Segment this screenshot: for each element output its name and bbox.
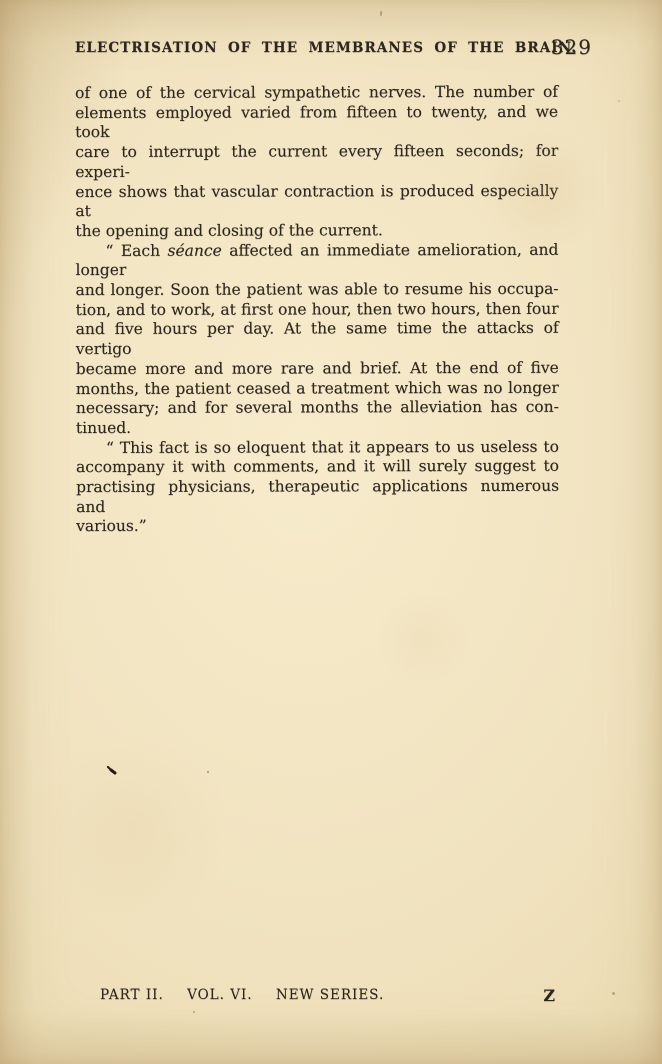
- text-line: ence shows that vascular contraction is …: [75, 181, 558, 222]
- text-line: “ Each séance affected an immediate amel…: [75, 240, 558, 281]
- text-line: tinued.: [76, 418, 559, 439]
- body-text: of one of the cervical sympathetic nerve…: [75, 83, 559, 537]
- paper-speck: [380, 11, 382, 16]
- paragraph: “ Each séance affected an immediate amel…: [75, 240, 559, 438]
- footer-part: PART II.: [100, 987, 164, 1003]
- paper-speck: [193, 1011, 195, 1013]
- signature-mark: Z: [543, 986, 556, 1005]
- text-line: practising physicians, therapeutic appli…: [76, 477, 559, 518]
- text-line: accompany it with comments, and it will …: [76, 457, 559, 478]
- footer-volume: VOL. VI.: [187, 987, 253, 1003]
- text-line: and five hours per day. At the same time…: [76, 319, 559, 360]
- text-line: the opening and closing of the current.: [75, 221, 558, 242]
- text-line: and longer. Soon the patient was able to…: [76, 280, 559, 301]
- text-line: various.”: [76, 516, 559, 537]
- text-line: necessary; and for several months the al…: [76, 398, 559, 419]
- scanned-book-page: ELECTRISATION OF THE MEMBRANES OF THE BR…: [0, 0, 662, 1064]
- footer-imprint: PART II. VOL. VI. NEW SERIES.: [100, 987, 402, 1003]
- text-line: “ This fact is so eloquent that it appea…: [76, 437, 559, 458]
- page-title: ELECTRISATION OF THE MEMBRANES OF THE BR…: [75, 40, 558, 56]
- footer-series: NEW SERIES.: [276, 987, 384, 1003]
- paragraph: “ This fact is so eloquent that it appea…: [76, 437, 559, 537]
- paper-speck: [612, 992, 615, 995]
- text-line: elements employed varied from fifteen to…: [75, 102, 558, 143]
- text-line: tion, and to work, at first one hour, th…: [76, 299, 559, 320]
- text-line: became more and more rare and brief. At …: [76, 359, 559, 380]
- paragraph: of one of the cervical sympathetic nerve…: [75, 83, 558, 242]
- paper-speck: [207, 771, 209, 773]
- stray-ink-mark: [106, 762, 120, 774]
- text-line: months, the patient ceased a treatment w…: [76, 378, 559, 399]
- running-head: ELECTRISATION OF THE MEMBRANES OF THE BR…: [75, 40, 558, 56]
- text-line: of one of the cervical sympathetic nerve…: [75, 83, 558, 104]
- paper-speck: [618, 100, 620, 102]
- footer: PART II. VOL. VI. NEW SERIES. Z: [75, 987, 558, 1003]
- page-number: 329: [551, 35, 592, 59]
- text-line: care to interrupt the current every fift…: [75, 142, 558, 183]
